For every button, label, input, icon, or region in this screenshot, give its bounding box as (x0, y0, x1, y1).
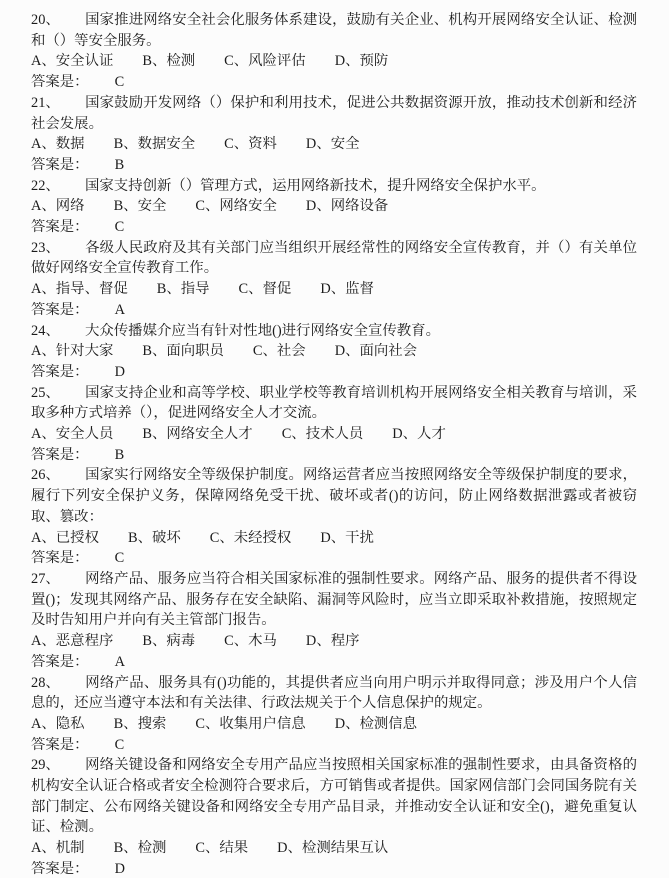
question-body-text: 各级人民政府及其有关部门应当组织开展经常性的网络安全宣传教育，并（）有关单位做好… (31, 240, 637, 277)
option-b: B、破坏 (128, 530, 181, 546)
answer-label: 答案是： (31, 302, 89, 318)
question-body-text: 国家支持企业和高等学校、职业学校等教育培训机构开展网络安全相关教育与培训，采取多… (31, 385, 637, 422)
option-d: D、面向社会 (335, 343, 417, 359)
question-body-text: 大众传播媒介应当有针对性地()进行网络安全宣传教育。 (85, 323, 440, 339)
question-number: 28、 (31, 673, 85, 694)
question-text-line: 25、国家支持企业和高等学校、职业学校等教育培训机构开展网络安全相关教育与培训，… (31, 383, 637, 424)
option-c: C、木马 (224, 633, 277, 649)
question-text-line: 22、国家支持创新（）管理方式，运用网络新技术，提升网络安全保护水平。 (31, 176, 637, 197)
option-c: C、社会 (253, 343, 306, 359)
question-number: 29、 (31, 755, 85, 776)
option-b: B、指导 (157, 281, 210, 297)
question-number: 20、 (31, 10, 85, 31)
question-number: 22、 (31, 176, 85, 197)
answer-value: C (115, 219, 125, 235)
question-body-text: 国家支持创新（）管理方式，运用网络新技术，提升网络安全保护水平。 (85, 178, 546, 194)
option-c: C、结果 (195, 840, 248, 856)
answer-value: B (115, 157, 125, 173)
question-number: 23、 (31, 238, 85, 259)
option-a: A、隐私 (31, 716, 85, 732)
option-a: A、安全认证 (31, 53, 113, 69)
answer-line: 答案是：A (31, 652, 637, 673)
question-text-line: 29、网络关键设备和网络安全专用产品应当按照相关国家标准的强制性要求，由具备资格… (31, 755, 637, 838)
answer-label: 答案是： (31, 74, 89, 90)
question-number: 27、 (31, 569, 85, 590)
option-d: D、监督 (320, 281, 374, 297)
answer-value: C (115, 737, 125, 753)
answer-label: 答案是： (31, 219, 89, 235)
answer-line: 答案是：C (31, 548, 637, 569)
option-a: A、针对大家 (31, 343, 113, 359)
question-28: 28、网络产品、服务具有()功能的，其提供者应当向用户明示并取得同意；涉及用户个… (31, 673, 637, 756)
answer-value: A (115, 302, 125, 318)
question-body-text: 网络关键设备和网络安全专用产品应当按照相关国家标准的强制性要求，由具备资格的机构… (31, 757, 637, 835)
answer-line: 答案是：C (31, 735, 637, 756)
option-d: D、预防 (335, 53, 389, 69)
question-29: 29、网络关键设备和网络安全专用产品应当按照相关国家标准的强制性要求，由具备资格… (31, 755, 637, 878)
option-c: C、督促 (239, 281, 292, 297)
option-a: A、数据 (31, 136, 85, 152)
option-d: D、网络设备 (306, 198, 388, 214)
question-body-text: 国家实行网络安全等级保护制度。网络运营者应当按照网络安全等级保护制度的要求，履行… (31, 467, 637, 524)
option-d: D、检测信息 (335, 716, 417, 732)
question-text-line: 21、国家鼓励开发网络（）保护和利用技术，促进公共数据资源开放，推动技术创新和经… (31, 93, 637, 134)
options-line: A、安全认证B、检测C、风险评估D、预防 (31, 51, 637, 72)
answer-label: 答案是： (31, 550, 89, 566)
question-list: 20、国家推进网络安全社会化服务体系建设，鼓励有关企业、机构开展网络安全认证、检… (31, 10, 637, 878)
option-d: D、检测结果互认 (277, 840, 388, 856)
answer-value: C (115, 550, 125, 566)
exam-document-page: 20、国家推进网络安全社会化服务体系建设，鼓励有关企业、机构开展网络安全认证、检… (0, 0, 669, 878)
answer-line: 答案是：A (31, 300, 637, 321)
options-line: A、隐私B、搜索C、收集用户信息D、检测信息 (31, 714, 637, 735)
answer-line: 答案是：C (31, 72, 637, 93)
options-line: A、数据B、数据安全C、资料D、安全 (31, 134, 637, 155)
question-27: 27、网络产品、服务应当符合相关国家标准的强制性要求。网络产品、服务的提供者不得… (31, 569, 637, 673)
question-20: 20、国家推进网络安全社会化服务体系建设，鼓励有关企业、机构开展网络安全认证、检… (31, 10, 637, 93)
options-line: A、指导、督促B、指导C、督促D、监督 (31, 279, 637, 300)
question-body-text: 国家推进网络安全社会化服务体系建设，鼓励有关企业、机构开展网络安全认证、检测和（… (31, 12, 637, 49)
question-body-text: 网络产品、服务具有()功能的，其提供者应当向用户明示并取得同意；涉及用户个人信息… (31, 675, 637, 712)
answer-label: 答案是： (31, 861, 89, 877)
option-b: B、检测 (114, 840, 167, 856)
option-b: B、面向职员 (142, 343, 224, 359)
question-text-line: 24、大众传播媒介应当有针对性地()进行网络安全宣传教育。 (31, 321, 637, 342)
question-text-line: 20、国家推进网络安全社会化服务体系建设，鼓励有关企业、机构开展网络安全认证、检… (31, 10, 637, 51)
answer-line: 答案是：B (31, 445, 637, 466)
answer-label: 答案是： (31, 737, 89, 753)
option-a: A、安全人员 (31, 426, 113, 442)
question-number: 24、 (31, 321, 85, 342)
option-a: A、恶意程序 (31, 633, 113, 649)
answer-label: 答案是： (31, 447, 89, 463)
option-c: C、技术人员 (282, 426, 364, 442)
question-text-line: 26、国家实行网络安全等级保护制度。网络运营者应当按照网络安全等级保护制度的要求… (31, 465, 637, 527)
question-22: 22、国家支持创新（）管理方式，运用网络新技术，提升网络安全保护水平。 A、网络… (31, 176, 637, 238)
question-body-text: 网络产品、服务应当符合相关国家标准的强制性要求。网络产品、服务的提供者不得设置(… (31, 571, 637, 628)
option-a: A、已授权 (31, 530, 99, 546)
option-d: D、干扰 (320, 530, 374, 546)
answer-line: 答案是：D (31, 859, 637, 878)
option-b: B、病毒 (142, 633, 195, 649)
question-text-line: 28、网络产品、服务具有()功能的，其提供者应当向用户明示并取得同意；涉及用户个… (31, 673, 637, 714)
answer-value: D (115, 364, 125, 380)
question-26: 26、国家实行网络安全等级保护制度。网络运营者应当按照网络安全等级保护制度的要求… (31, 465, 637, 569)
question-text-line: 27、网络产品、服务应当符合相关国家标准的强制性要求。网络产品、服务的提供者不得… (31, 569, 637, 631)
option-d: D、人才 (392, 426, 446, 442)
answer-label: 答案是： (31, 364, 89, 380)
options-line: A、网络B、安全C、网络安全D、网络设备 (31, 196, 637, 217)
options-line: A、针对大家B、面向职员C、社会D、面向社会 (31, 341, 637, 362)
option-b: B、安全 (114, 198, 167, 214)
answer-line: 答案是：C (31, 217, 637, 238)
answer-value: D (115, 861, 125, 877)
answer-value: A (115, 654, 125, 670)
options-line: A、机制B、检测C、结果D、检测结果互认 (31, 838, 637, 859)
option-c: C、资料 (224, 136, 277, 152)
option-b: B、搜索 (114, 716, 167, 732)
option-b: B、数据安全 (114, 136, 196, 152)
question-21: 21、国家鼓励开发网络（）保护和利用技术，促进公共数据资源开放，推动技术创新和经… (31, 93, 637, 176)
option-c: C、网络安全 (195, 198, 277, 214)
answer-label: 答案是： (31, 654, 89, 670)
question-25: 25、国家支持企业和高等学校、职业学校等教育培训机构开展网络安全相关教育与培训，… (31, 383, 637, 466)
option-d: D、程序 (306, 633, 360, 649)
options-line: A、恶意程序B、病毒C、木马D、程序 (31, 631, 637, 652)
answer-value: B (115, 447, 125, 463)
option-c: C、未经授权 (210, 530, 292, 546)
question-24: 24、大众传播媒介应当有针对性地()进行网络安全宣传教育。 A、针对大家B、面向… (31, 321, 637, 383)
question-number: 21、 (31, 93, 85, 114)
option-d: D、安全 (306, 136, 360, 152)
question-number: 26、 (31, 465, 85, 486)
answer-value: C (115, 74, 125, 90)
option-c: C、风险评估 (224, 53, 306, 69)
options-line: A、已授权B、破坏C、未经授权D、干扰 (31, 528, 637, 549)
question-text-line: 23、各级人民政府及其有关部门应当组织开展经常性的网络安全宣传教育，并（）有关单… (31, 238, 637, 279)
answer-line: 答案是：D (31, 362, 637, 383)
question-23: 23、各级人民政府及其有关部门应当组织开展经常性的网络安全宣传教育，并（）有关单… (31, 238, 637, 321)
option-b: B、网络安全人才 (142, 426, 252, 442)
option-b: B、检测 (142, 53, 195, 69)
answer-line: 答案是：B (31, 155, 637, 176)
answer-label: 答案是： (31, 157, 89, 173)
option-c: C、收集用户信息 (195, 716, 305, 732)
question-number: 25、 (31, 383, 85, 404)
question-body-text: 国家鼓励开发网络（）保护和利用技术，促进公共数据资源开放，推动技术创新和经济社会… (31, 95, 637, 132)
option-a: A、机制 (31, 840, 85, 856)
options-line: A、安全人员B、网络安全人才C、技术人员D、人才 (31, 424, 637, 445)
option-a: A、网络 (31, 198, 85, 214)
option-a: A、指导、督促 (31, 281, 128, 297)
